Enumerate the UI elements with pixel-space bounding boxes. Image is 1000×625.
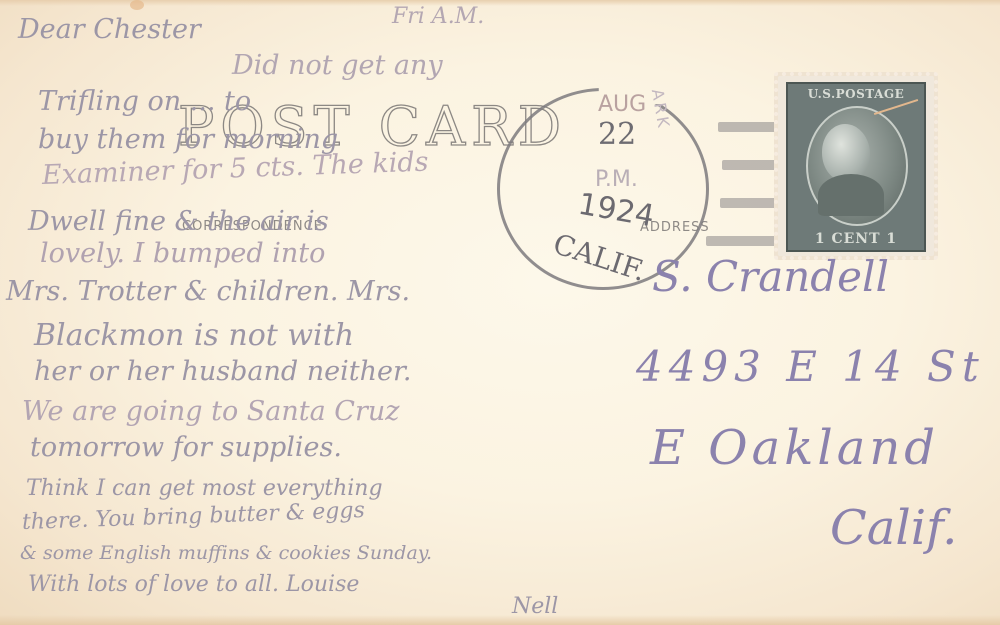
message-line: Did not get any xyxy=(232,50,443,81)
postmark-month: AUG xyxy=(598,92,646,117)
message-line: Dear Chester xyxy=(18,14,201,45)
address-street: 4493 E 14 St xyxy=(636,342,985,391)
message-line: & some English muffins & cookies Sunday. xyxy=(20,542,432,564)
paper-edge-top xyxy=(0,0,1000,6)
address-state: Calif. xyxy=(830,500,957,556)
address-name: S. Crandell xyxy=(652,252,889,301)
postmark-time: P.M. xyxy=(595,167,638,192)
message-line: Blackmon is not with xyxy=(34,318,354,353)
stamp-denomination: 1 CENT 1 xyxy=(792,231,920,247)
cancel-bar xyxy=(722,160,780,170)
message-line: tomorrow for supplies. xyxy=(30,432,342,463)
message-line: her or her husband neither. xyxy=(34,356,411,387)
postage-stamp: U.S.POSTAGE 1 CENT 1 xyxy=(778,76,934,256)
stamp-bust xyxy=(818,174,884,216)
message-date: Fri A.M. xyxy=(392,4,484,29)
message-line: Mrs. Trotter & children. Mrs. xyxy=(6,276,410,307)
message-line: there. You bring butter & eggs xyxy=(22,498,366,535)
message-line: lovely. I bumped into xyxy=(40,238,325,269)
stamp-top-text: U.S.POSTAGE xyxy=(792,87,920,101)
message-line: Trifling on ... to xyxy=(38,86,251,117)
message-signature: Nell xyxy=(512,594,558,619)
paper-edge-bottom xyxy=(0,615,1000,625)
address-city: E Oakland xyxy=(650,420,939,476)
postmark-day: 22 xyxy=(598,117,636,152)
message-line: We are going to Santa Cruz xyxy=(22,396,400,427)
message-line: Dwell fine & the air is xyxy=(28,206,329,237)
paper-stain xyxy=(130,0,144,10)
message-line: With lots of love to all. Louise xyxy=(28,572,359,597)
message-line: Think I can get most everything xyxy=(26,476,383,501)
cancel-bar xyxy=(718,122,780,132)
cancel-bar xyxy=(720,198,780,208)
cancel-bar xyxy=(706,236,780,246)
stamp-face: U.S.POSTAGE 1 CENT 1 xyxy=(786,82,926,252)
postcard-back: POST CARD CORRESPONDENCE ADDRESS Dear Ch… xyxy=(0,0,1000,625)
